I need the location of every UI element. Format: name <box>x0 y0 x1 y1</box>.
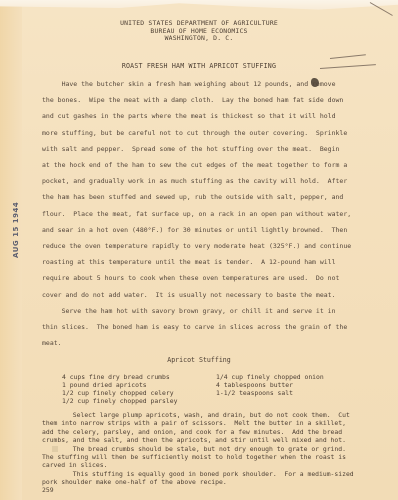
ingredient: 4 tablespoons butter <box>216 381 324 389</box>
body-line: cover and do not add water. It is usuall… <box>42 287 372 303</box>
page-number: 259 <box>42 486 54 494</box>
directions-line: crumbs, and the salt, and then the apric… <box>42 436 382 444</box>
directions-line: add the celery, parsley, and onion, and … <box>42 428 382 436</box>
body-line: with salt and pepper. Spread some of the… <box>42 141 372 157</box>
ingredient: 1-1/2 teaspoons salt <box>216 389 324 397</box>
body-line: and cut gashes in the parts where the me… <box>42 108 372 124</box>
stuffing-title: Apricot Stuffing <box>0 356 398 364</box>
body-line: at the hock end of the ham to sew the cu… <box>42 157 372 173</box>
body-line: roasting at this temperature until the m… <box>42 254 372 270</box>
body-line: reduce the oven temperature rapidly to v… <box>42 238 372 254</box>
body-line: and sear in a hot oven (480°F.) for 30 m… <box>42 222 372 238</box>
ingredient: 4 cups fine dry bread crumbs <box>62 373 177 381</box>
ingredient: 1 pound dried apricots <box>62 381 177 389</box>
directions-line: The stuffing will then be sufficiently m… <box>42 453 382 461</box>
ingredient: 1/2 cup finely chopped celery <box>62 389 177 397</box>
document-page: UNITED STATES DEPARTMENT OF AGRICULTURE … <box>0 0 398 500</box>
body-line: Have the butcher skin a fresh ham weighi… <box>42 76 372 92</box>
body-line: meat. <box>42 335 372 351</box>
body-line: the bones. Wipe the meat with a damp clo… <box>42 92 372 108</box>
recipe-title: ROAST FRESH HAM WITH APRICOT STUFFING <box>0 62 398 70</box>
body-line: the ham has been stuffed and sewed up, r… <box>42 189 372 205</box>
stuffing-directions: Select large plump apricots, wash, and d… <box>42 411 382 487</box>
directions-line: pork shoulder make one-half of the above… <box>42 478 382 486</box>
body-line: require about 5 hours to cook when these… <box>42 270 372 286</box>
ingredient: 1/4 cup finely chopped onion <box>216 373 324 381</box>
body-line: thin slices. The boned ham is easy to ca… <box>42 319 372 335</box>
directions-line: them into narrow strips with a pair of s… <box>42 419 382 427</box>
letterhead: UNITED STATES DEPARTMENT OF AGRICULTURE … <box>0 20 398 43</box>
body-line: Serve the ham hot with savory brown grav… <box>42 303 372 319</box>
body-line: flour. Place the meat, fat surface up, o… <box>42 206 372 222</box>
date-stamp: AUG 15 1944 <box>12 198 20 258</box>
recipe-body: Have the butcher skin a fresh ham weighi… <box>42 76 372 351</box>
ingredient: 1/2 cup finely chopped parsley <box>62 397 177 405</box>
directions-line: carved in slices. <box>42 461 382 469</box>
body-line: pocket, and gradually work in as much st… <box>42 173 372 189</box>
body-line: more stuffing, but be careful not to cut… <box>42 125 372 141</box>
ingredients-left: 4 cups fine dry bread crumbs 1 pound dri… <box>62 373 177 405</box>
paper-smudge <box>52 446 58 452</box>
pencil-mark <box>330 54 366 59</box>
ingredients-right: 1/4 cup finely chopped onion 4 tablespoo… <box>216 373 324 397</box>
directions-line: Select large plump apricots, wash, and d… <box>42 411 382 419</box>
torn-top-edge <box>0 0 398 16</box>
directions-line: This stuffing is equally good in boned p… <box>42 470 382 478</box>
directions-line: The bread crumbs should be stale, but no… <box>42 445 382 453</box>
letterhead-line: WASHINGTON, D. C. <box>0 35 398 43</box>
